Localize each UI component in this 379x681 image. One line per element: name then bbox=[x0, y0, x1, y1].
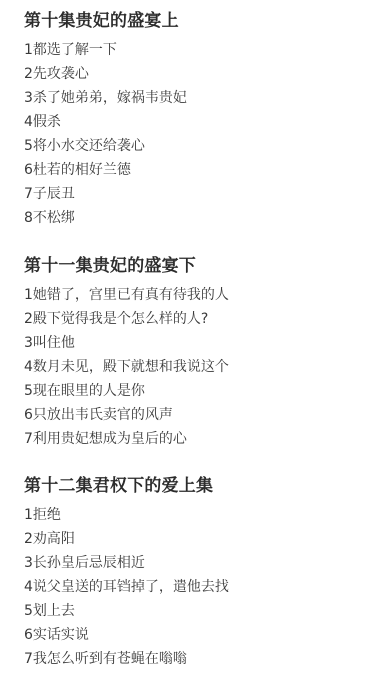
list-item: 3叫住他 bbox=[24, 331, 379, 355]
list-item: 3长孙皇后忌辰相近 bbox=[24, 551, 379, 575]
list-item: 5划上去 bbox=[24, 599, 379, 623]
list-item: 5现在眼里的人是你 bbox=[24, 379, 379, 403]
section-title: 第十二集君权下的爱上集 bbox=[24, 472, 379, 500]
list-item: 6杜若的相好兰德 bbox=[24, 158, 379, 182]
list-item: 7利用贵妃想成为皇后的心 bbox=[24, 427, 379, 451]
list-item: 4假杀 bbox=[24, 110, 379, 134]
list-item: 4说父皇送的耳铛掉了，遣他去找 bbox=[24, 575, 379, 599]
list-item: 8不松绑 bbox=[24, 206, 379, 230]
list-item: 3杀了她弟弟，嫁祸韦贵妃 bbox=[24, 86, 379, 110]
list-item: 1拒绝 bbox=[24, 503, 379, 527]
section-title: 第十集贵妃的盛宴上 bbox=[24, 7, 379, 35]
section-episode-10: 第十集贵妃的盛宴上 1都选了解一下 2先攻袭心 3杀了她弟弟，嫁祸韦贵妃 4假杀… bbox=[24, 7, 379, 230]
list-item: 2劝高阳 bbox=[24, 527, 379, 551]
list-item: 5将小水交还给袭心 bbox=[24, 134, 379, 158]
list-item: 7子辰丑 bbox=[24, 182, 379, 206]
list-item: 6只放出韦氏卖官的风声 bbox=[24, 403, 379, 427]
section-episode-12: 第十二集君权下的爱上集 1拒绝 2劝高阳 3长孙皇后忌辰相近 4说父皇送的耳铛掉… bbox=[24, 472, 379, 671]
list-item: 6实话实说 bbox=[24, 623, 379, 647]
list-item: 4数月未见，殿下就想和我说这个 bbox=[24, 355, 379, 379]
item-list: 1都选了解一下 2先攻袭心 3杀了她弟弟，嫁祸韦贵妃 4假杀 5将小水交还给袭心… bbox=[24, 38, 379, 230]
section-title: 第十一集贵妃的盛宴下 bbox=[24, 252, 379, 280]
item-list: 1拒绝 2劝高阳 3长孙皇后忌辰相近 4说父皇送的耳铛掉了，遣他去找 5划上去 … bbox=[24, 503, 379, 671]
list-item: 7我怎么听到有苍蝇在嗡嗡 bbox=[24, 647, 379, 671]
list-item: 2先攻袭心 bbox=[24, 62, 379, 86]
list-item: 1她错了，宫里已有真有待我的人 bbox=[24, 283, 379, 307]
list-item: 1都选了解一下 bbox=[24, 38, 379, 62]
list-item: 2殿下觉得我是个怎么样的人? bbox=[24, 307, 379, 331]
section-episode-11: 第十一集贵妃的盛宴下 1她错了，宫里已有真有待我的人 2殿下觉得我是个怎么样的人… bbox=[24, 252, 379, 451]
item-list: 1她错了，宫里已有真有待我的人 2殿下觉得我是个怎么样的人? 3叫住他 4数月未… bbox=[24, 283, 379, 451]
